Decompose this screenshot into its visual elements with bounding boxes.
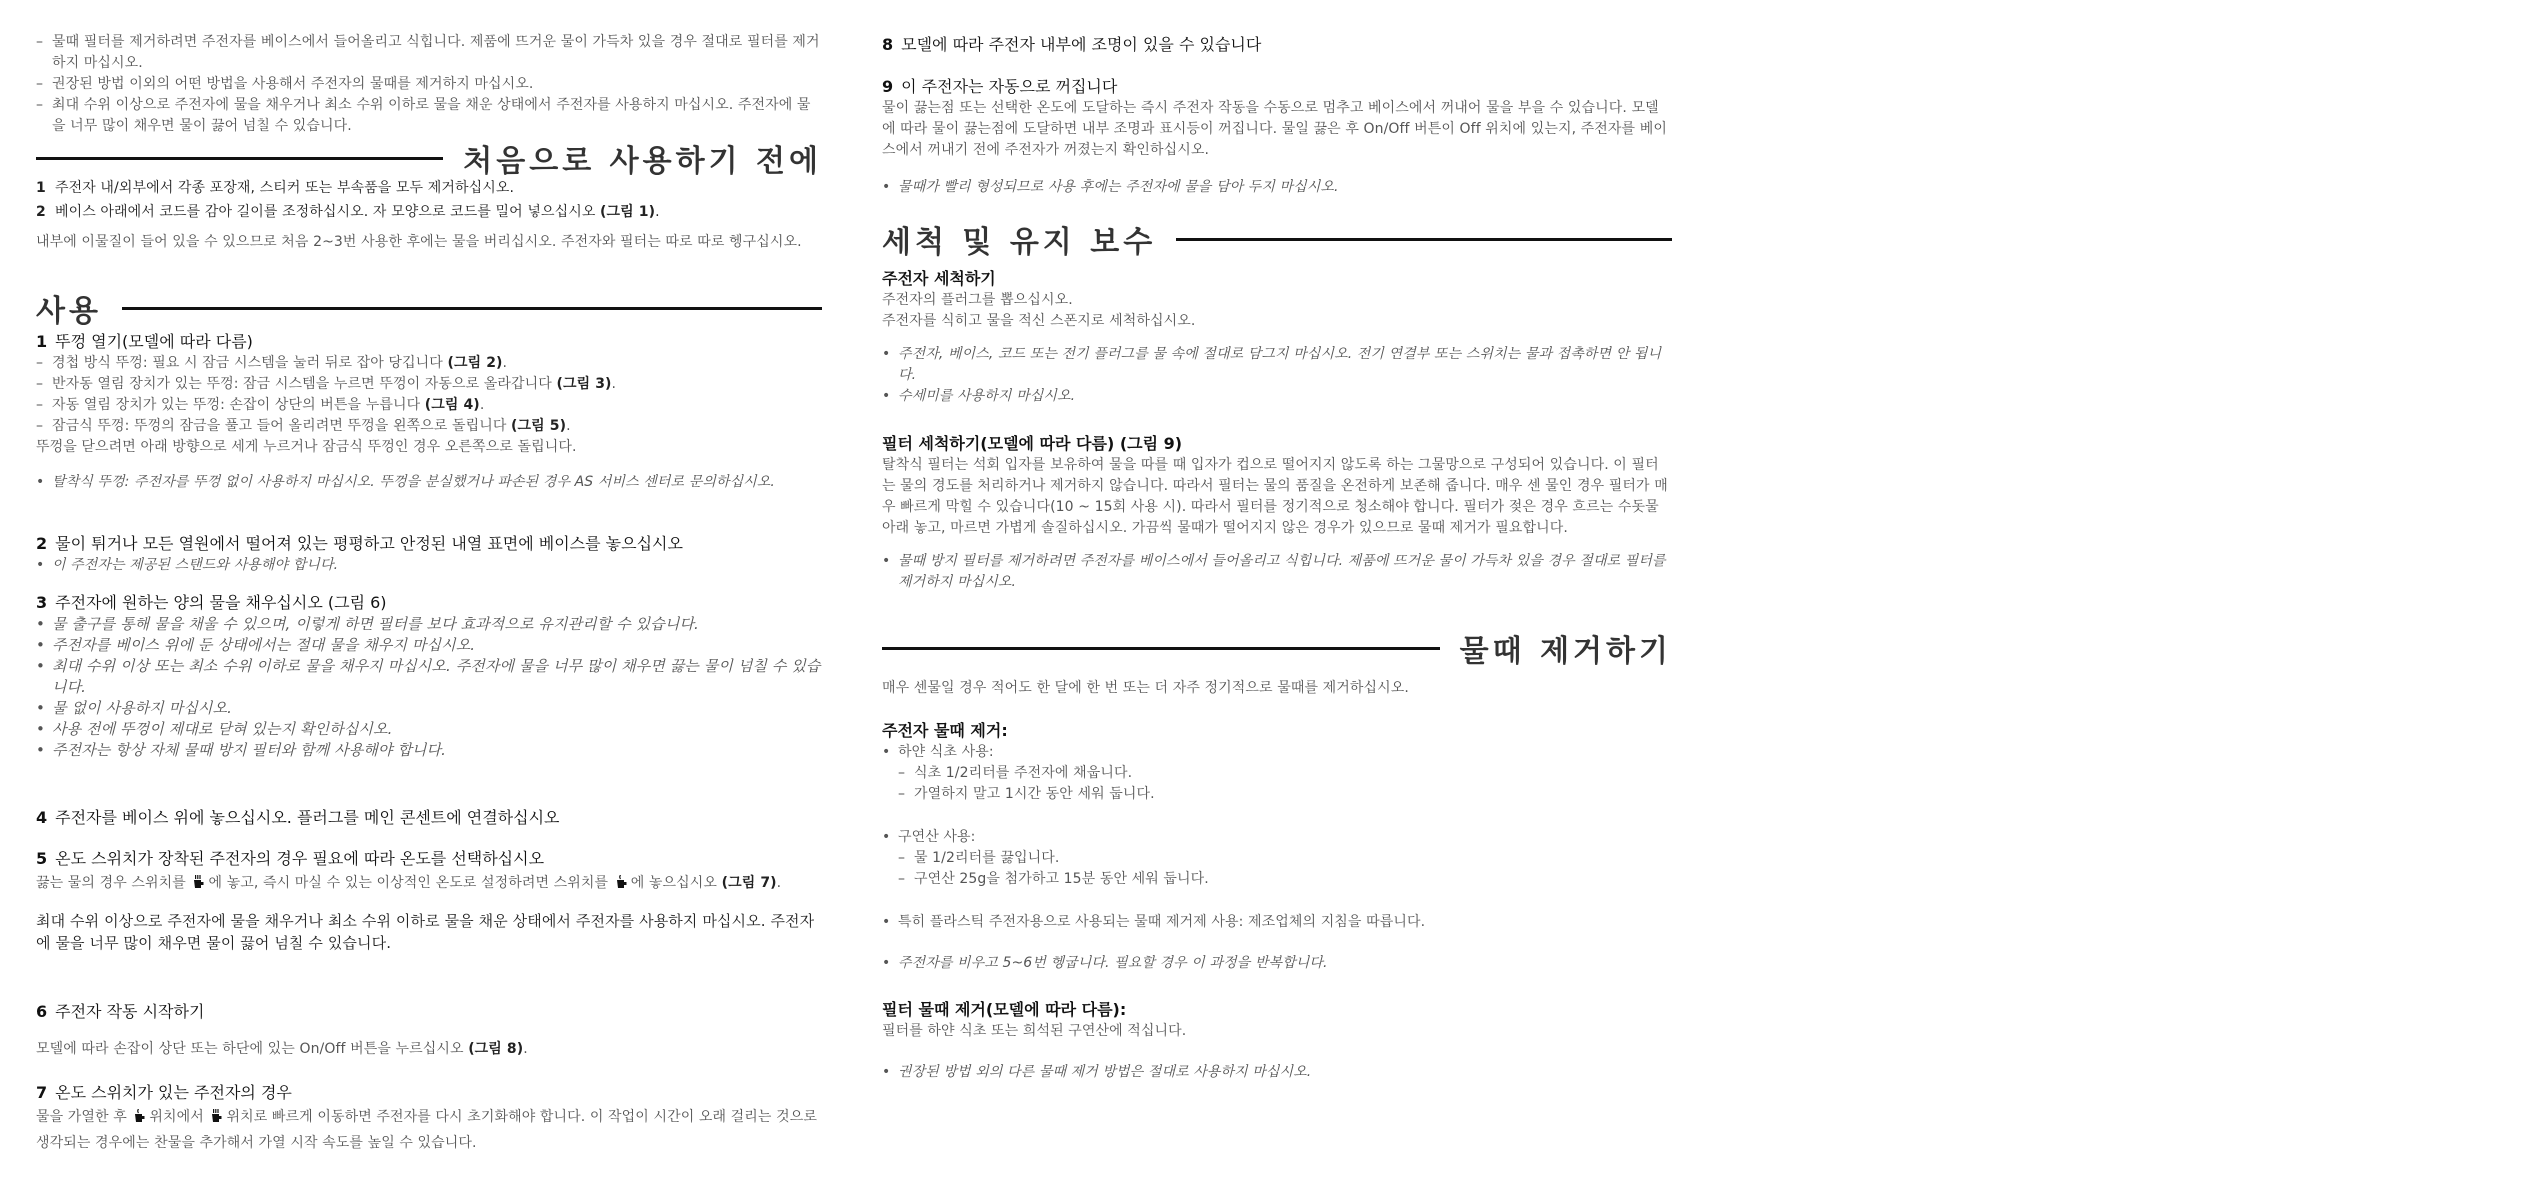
descaling-intro: 매우 센물일 경우 적어도 한 달에 한 번 또는 더 자주 정기적으로 물때를… <box>882 678 1672 699</box>
section-rule <box>36 157 443 160</box>
use-step-8: 8모델에 따라 주전자 내부에 조명이 있을 수 있습니다 <box>882 34 1672 56</box>
subsection-heading: 주전자 물때 제거: <box>882 720 1672 742</box>
kettle-warm-icon <box>617 875 627 889</box>
step-heading: 2물이 튀거나 모든 열원에서 떨어져 있는 평평하고 안정된 내열 표면에 베… <box>36 533 822 555</box>
auto-off-text: 물이 끓는점 또는 선택한 온도에 도달하는 즉시 주전자 작동을 수동으로 멈… <box>882 98 1672 161</box>
list-item: –물때 필터를 제거하려면 주전자를 베이스에서 들어올리고 식힙니다. 제품에… <box>36 32 822 74</box>
step-5-text: 끓는 물의 경우 스위치를 에 놓고, 즉시 마실 수 있는 이상적인 온도로 … <box>36 870 822 896</box>
list-item: –물 1/2리터를 끓입니다. <box>882 848 1672 869</box>
step-2: 2 베이스 아래에서 코드를 감아 길이를 조정하십시오. 자 모양으로 코드를… <box>36 200 822 224</box>
list-item: •특히 플라스틱 주전자용으로 사용되는 물때 제거제 사용: 제조업체의 지침… <box>882 912 1672 933</box>
use-step-3: 3주전자에 원하는 양의 물을 채우십시오 (그림 6) •물 출구를 통해 물… <box>36 592 822 761</box>
kettle-boil-icon <box>194 875 204 889</box>
section-title: 사용 <box>36 286 102 330</box>
list-item: –반자동 열림 장치가 있는 뚜껑: 잠금 시스템을 누르면 뚜껑이 자동으로 … <box>36 374 822 395</box>
list-item: •하얀 식초 사용: <box>882 742 1672 763</box>
first-use-note: 내부에 이물질이 들어 있을 수 있으므로 처음 2~3번 사용한 후에는 물을… <box>36 232 822 253</box>
warning-item: •물때 방지 필터를 제거하려면 주전자를 베이스에서 들어올리고 식힙니다. … <box>882 551 1672 593</box>
use-step-6: 6주전자 작동 시작하기 모델에 따라 손잡이 상단 또는 하단에 있는 On/… <box>36 1001 822 1060</box>
warning-item: •주전자, 베이스, 코드 또는 전기 플러그를 물 속에 절대로 담그지 마십… <box>882 344 1672 386</box>
kettle-boil-icon <box>212 1109 222 1123</box>
section-title: 물때 제거하기 <box>1460 626 1672 670</box>
section-title: 처음으로 사용하기 전에 <box>463 136 822 180</box>
use-step-2: 2물이 튀거나 모든 열원에서 떨어져 있는 평평하고 안정된 내열 표면에 베… <box>36 533 822 576</box>
use-step-1: 1뚜껑 열기(모델에 따라 다름) –경첩 방식 뚜껑: 필요 시 잠금 시스템… <box>36 331 822 493</box>
section-rule <box>122 307 822 310</box>
warning-item: •사용 전에 뚜껑이 제대로 닫혀 있는지 확인하십시오. <box>36 719 822 740</box>
warning-item: •물때가 빨리 형성되므로 사용 후에는 주전자에 물을 담아 두지 마십시오. <box>882 177 1672 198</box>
use-step-4: 4주전자를 베이스 위에 놓으십시오. 플러그를 메인 콘센트에 연결하십시오 <box>36 807 822 829</box>
step-heading: 8모델에 따라 주전자 내부에 조명이 있을 수 있습니다 <box>882 34 1672 56</box>
warning-item: •권장된 방법 외의 다른 물때 제거 방법은 절대로 사용하지 마십시오. <box>882 1062 1672 1083</box>
section-header-use: 사용 <box>36 288 822 328</box>
use-step-9: 9이 주전자는 자동으로 꺼집니다 물이 끓는점 또는 선택한 온도에 도달하는… <box>882 76 1672 198</box>
list-item: –경첩 방식 뚜껑: 필요 시 잠금 시스템을 눌러 뒤로 잡아 당깁니다 (그… <box>36 353 822 374</box>
step-1: 1 주전자 내/외부에서 각종 포장재, 스티커 또는 부속품을 모두 제거하십… <box>36 176 822 200</box>
warning-item: •주전자는 항상 자체 물때 방지 필터와 함께 사용해야 합니다. <box>36 740 822 761</box>
warning-item: •물 없이 사용하지 마십시오. <box>36 698 822 719</box>
warning-item: •이 주전자는 제공된 스탠드와 사용해야 합니다. <box>36 555 822 576</box>
warning-item: •탈착식 뚜껑: 주전자를 뚜껑 없이 사용하지 마십시오. 뚜껑을 분실했거나… <box>36 472 822 493</box>
top-warning-list: –물때 필터를 제거하려면 주전자를 베이스에서 들어올리고 식힙니다. 제품에… <box>36 32 822 137</box>
step-7-text: 물을 가열한 후 위치에서 위치로 빠르게 이동하면 주전자를 다시 초기화해야… <box>36 1104 822 1156</box>
subsection-heading: 필터 세척하기(모델에 따라 다름) (그림 9) <box>882 433 1672 455</box>
kettle-cleaning: 주전자 세척하기 주전자의 플러그를 뽑으십시오. 주전자를 식히고 물을 적신… <box>882 268 1672 407</box>
section-header-before-first-use: 처음으로 사용하기 전에 <box>36 138 822 178</box>
use-step-7: 7온도 스위치가 있는 주전자의 경우 물을 가열한 후 위치에서 위치로 빠르… <box>36 1082 822 1156</box>
list-item: –구연산 25g을 첨가하고 15분 동안 세워 둡니다. <box>882 869 1672 890</box>
subsection-heading: 필터 물때 제거(모델에 따라 다름): <box>882 999 1672 1021</box>
warning-item: •최대 수위 이상 또는 최소 수위 이하로 물을 채우지 마십시오. 주전자에… <box>36 656 822 698</box>
warning-item: •수세미를 사용하지 마십시오. <box>882 386 1672 407</box>
close-lid-note: 뚜껑을 닫으려면 아래 방향으로 세게 누르거나 잠금식 뚜껑인 경우 오른쪽으… <box>36 437 822 458</box>
list-item: –권장된 방법 이외의 어떤 방법을 사용해서 주전자의 물때를 제거하지 마십… <box>36 74 822 95</box>
step-heading: 5온도 스위치가 장착된 주전자의 경우 필요에 따라 온도를 선택하십시오 <box>36 848 822 870</box>
list-item: –최대 수위 이상으로 주전자에 물을 채우거나 최소 수위 이하로 물을 채운… <box>36 95 822 137</box>
section-rule <box>882 647 1440 650</box>
step-heading: 6주전자 작동 시작하기 <box>36 1001 822 1023</box>
list-item: –식초 1/2리터를 주전자에 채웁니다. <box>882 763 1672 784</box>
before-first-use-steps: 1 주전자 내/외부에서 각종 포장재, 스티커 또는 부속품을 모두 제거하십… <box>36 176 822 253</box>
kettle-warm-icon <box>135 1109 145 1123</box>
list-item: –잠금식 뚜껑: 뚜껑의 잠금을 풀고 들어 올리려면 뚜껑을 왼쪽으로 돌립니… <box>36 416 822 437</box>
warning-item: •물 출구를 통해 물을 채울 수 있으며, 이렇게 하면 필터를 보다 효과적… <box>36 614 822 635</box>
section-rule <box>1176 238 1672 241</box>
list-item: –가열하지 말고 1시간 동안 세워 둡니다. <box>882 784 1672 805</box>
warning-item: •주전자를 비우고 5~6번 헹굽니다. 필요할 경우 이 과정을 반복합니다. <box>882 953 1672 974</box>
kettle-descaling: 주전자 물때 제거: •하얀 식초 사용: –식초 1/2리터를 주전자에 채웁… <box>882 720 1672 974</box>
use-step-5: 5온도 스위치가 장착된 주전자의 경우 필요에 따라 온도를 선택하십시오 끓… <box>36 848 822 954</box>
list-item: –자동 열림 장치가 있는 뚜껑: 손잡이 상단의 버튼을 누릅니다 (그림 4… <box>36 395 822 416</box>
filter-descaling-text: 필터를 하얀 식초 또는 희석된 구연산에 적십니다. <box>882 1021 1672 1042</box>
step-6-text: 모델에 따라 손잡이 상단 또는 하단에 있는 On/Off 버튼을 누르십시오… <box>36 1039 822 1060</box>
list-item: •구연산 사용: <box>882 827 1672 848</box>
section-title: 세척 및 유지 보수 <box>882 217 1156 261</box>
filter-cleaning-text: 탈착식 필터는 석회 입자를 보유하여 물을 따를 때 입자가 컵으로 떨어지지… <box>882 455 1672 539</box>
warning-item: •주전자를 베이스 위에 둔 상태에서는 절대 물을 채우지 마십시오. <box>36 635 822 656</box>
step-heading: 9이 주전자는 자동으로 꺼집니다 <box>882 76 1672 98</box>
section-header-descaling: 물때 제거하기 <box>882 628 1672 668</box>
filter-cleaning: 필터 세척하기(모델에 따라 다름) (그림 9) 탈착식 필터는 석회 입자를… <box>882 433 1672 593</box>
overfill-warning: 최대 수위 이상으로 주전자에 물을 채우거나 최소 수위 이하로 물을 채운 … <box>36 910 822 954</box>
step-heading: 4주전자를 베이스 위에 놓으십시오. 플러그를 메인 콘센트에 연결하십시오 <box>36 807 822 829</box>
cleaning-line: 주전자의 플러그를 뽑으십시오. <box>882 290 1672 311</box>
step-heading: 7온도 스위치가 있는 주전자의 경우 <box>36 1082 822 1104</box>
subsection-heading: 주전자 세척하기 <box>882 268 1672 290</box>
section-header-cleaning: 세척 및 유지 보수 <box>882 219 1672 259</box>
step-heading: 3주전자에 원하는 양의 물을 채우십시오 (그림 6) <box>36 592 822 614</box>
filter-descaling: 필터 물때 제거(모델에 따라 다름): 필터를 하얀 식초 또는 희석된 구연… <box>882 999 1672 1083</box>
step-heading: 1뚜껑 열기(모델에 따라 다름) <box>36 331 822 353</box>
cleaning-line: 주전자를 식히고 물을 적신 스폰지로 세척하십시오. <box>882 311 1672 332</box>
